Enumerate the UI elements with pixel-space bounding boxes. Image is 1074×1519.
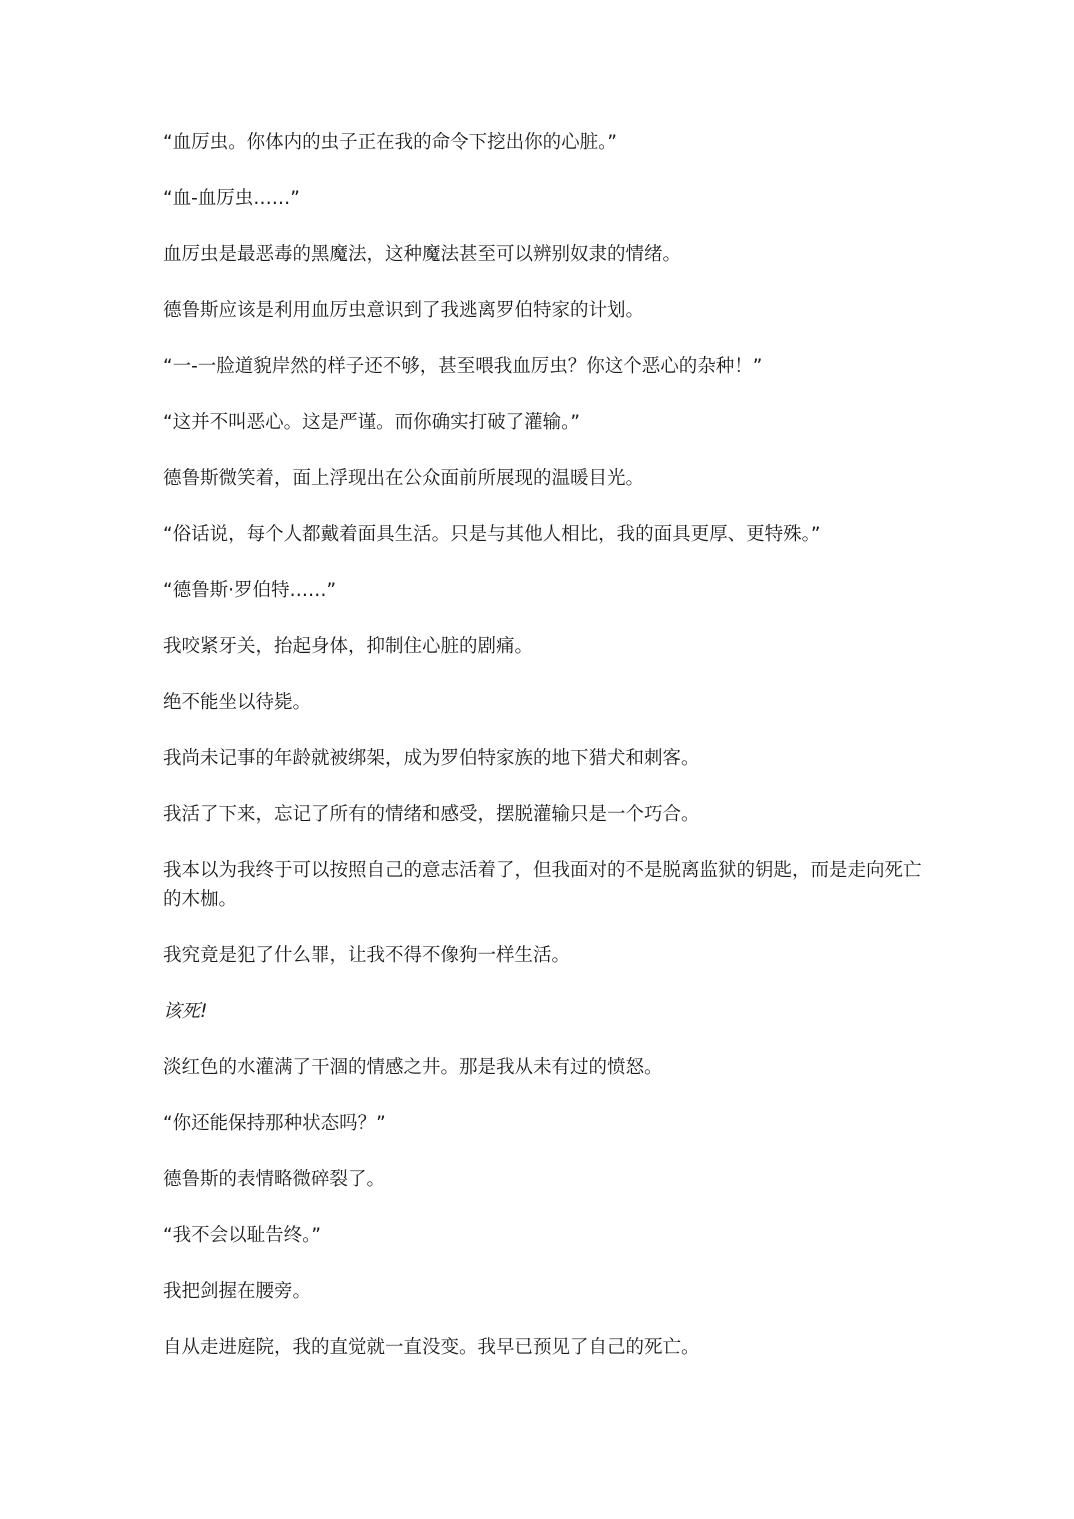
paragraph-22: 自从走进庭院，我的直觉就一直没变。我早已预见了自己的死亡。 bbox=[163, 1333, 923, 1362]
paragraph-21: 我把剑握在腰旁。 bbox=[163, 1277, 923, 1306]
paragraph-2: “血-血厉虫……” bbox=[163, 184, 923, 213]
paragraph-18: “你还能保持那种状态吗？” bbox=[163, 1109, 923, 1138]
paragraph-1: “血厉虫。你体内的虫子正在我的命令下挖出你的心脏。” bbox=[163, 128, 923, 157]
paragraph-10: 我咬紧牙关，抬起身体，抑制住心脏的剧痛。 bbox=[163, 632, 923, 661]
document-page: “血厉虫。你体内的虫子正在我的命令下挖出你的心脏。” “血-血厉虫……” 血厉虫… bbox=[163, 128, 923, 1389]
paragraph-12: 我尚未记事的年龄就被绑架，成为罗伯特家族的地下猎犬和刺客。 bbox=[163, 744, 923, 773]
paragraph-11: 绝不能坐以待毙。 bbox=[163, 688, 923, 717]
paragraph-15: 我究竟是犯了什么罪，让我不得不像狗一样生活。 bbox=[163, 941, 923, 970]
paragraph-5: “一-一脸道貌岸然的样子还不够，甚至喂我血厉虫？你这个恶心的杂种！” bbox=[163, 352, 923, 381]
paragraph-19: 德鲁斯的表情略微碎裂了。 bbox=[163, 1165, 923, 1194]
paragraph-14: 我本以为我终于可以按照自己的意志活着了，但我面对的不是脱离监狱的钥匙，而是走向死… bbox=[163, 856, 923, 914]
paragraph-6: “这并不叫恶心。这是严谨。而你确实打破了灌输。” bbox=[163, 408, 923, 437]
paragraph-8: “俗话说，每个人都戴着面具生活。只是与其他人相比，我的面具更厚、更特殊。” bbox=[163, 520, 923, 549]
paragraph-16-italic: 该死! bbox=[163, 997, 923, 1026]
paragraph-17: 淡红色的水灌满了干涸的情感之井。那是我从未有过的愤怒。 bbox=[163, 1053, 923, 1082]
paragraph-4: 德鲁斯应该是利用血厉虫意识到了我逃离罗伯特家的计划。 bbox=[163, 296, 923, 325]
paragraph-3: 血厉虫是最恶毒的黑魔法，这种魔法甚至可以辨别奴隶的情绪。 bbox=[163, 240, 923, 269]
paragraph-13: 我活了下来，忘记了所有的情绪和感受，摆脱灌输只是一个巧合。 bbox=[163, 800, 923, 829]
paragraph-20: “我不会以耻告终。” bbox=[163, 1221, 923, 1250]
paragraph-7: 德鲁斯微笑着，面上浮现出在公众面前所展现的温暖目光。 bbox=[163, 464, 923, 493]
paragraph-9: “德鲁斯·罗伯特……” bbox=[163, 576, 923, 605]
